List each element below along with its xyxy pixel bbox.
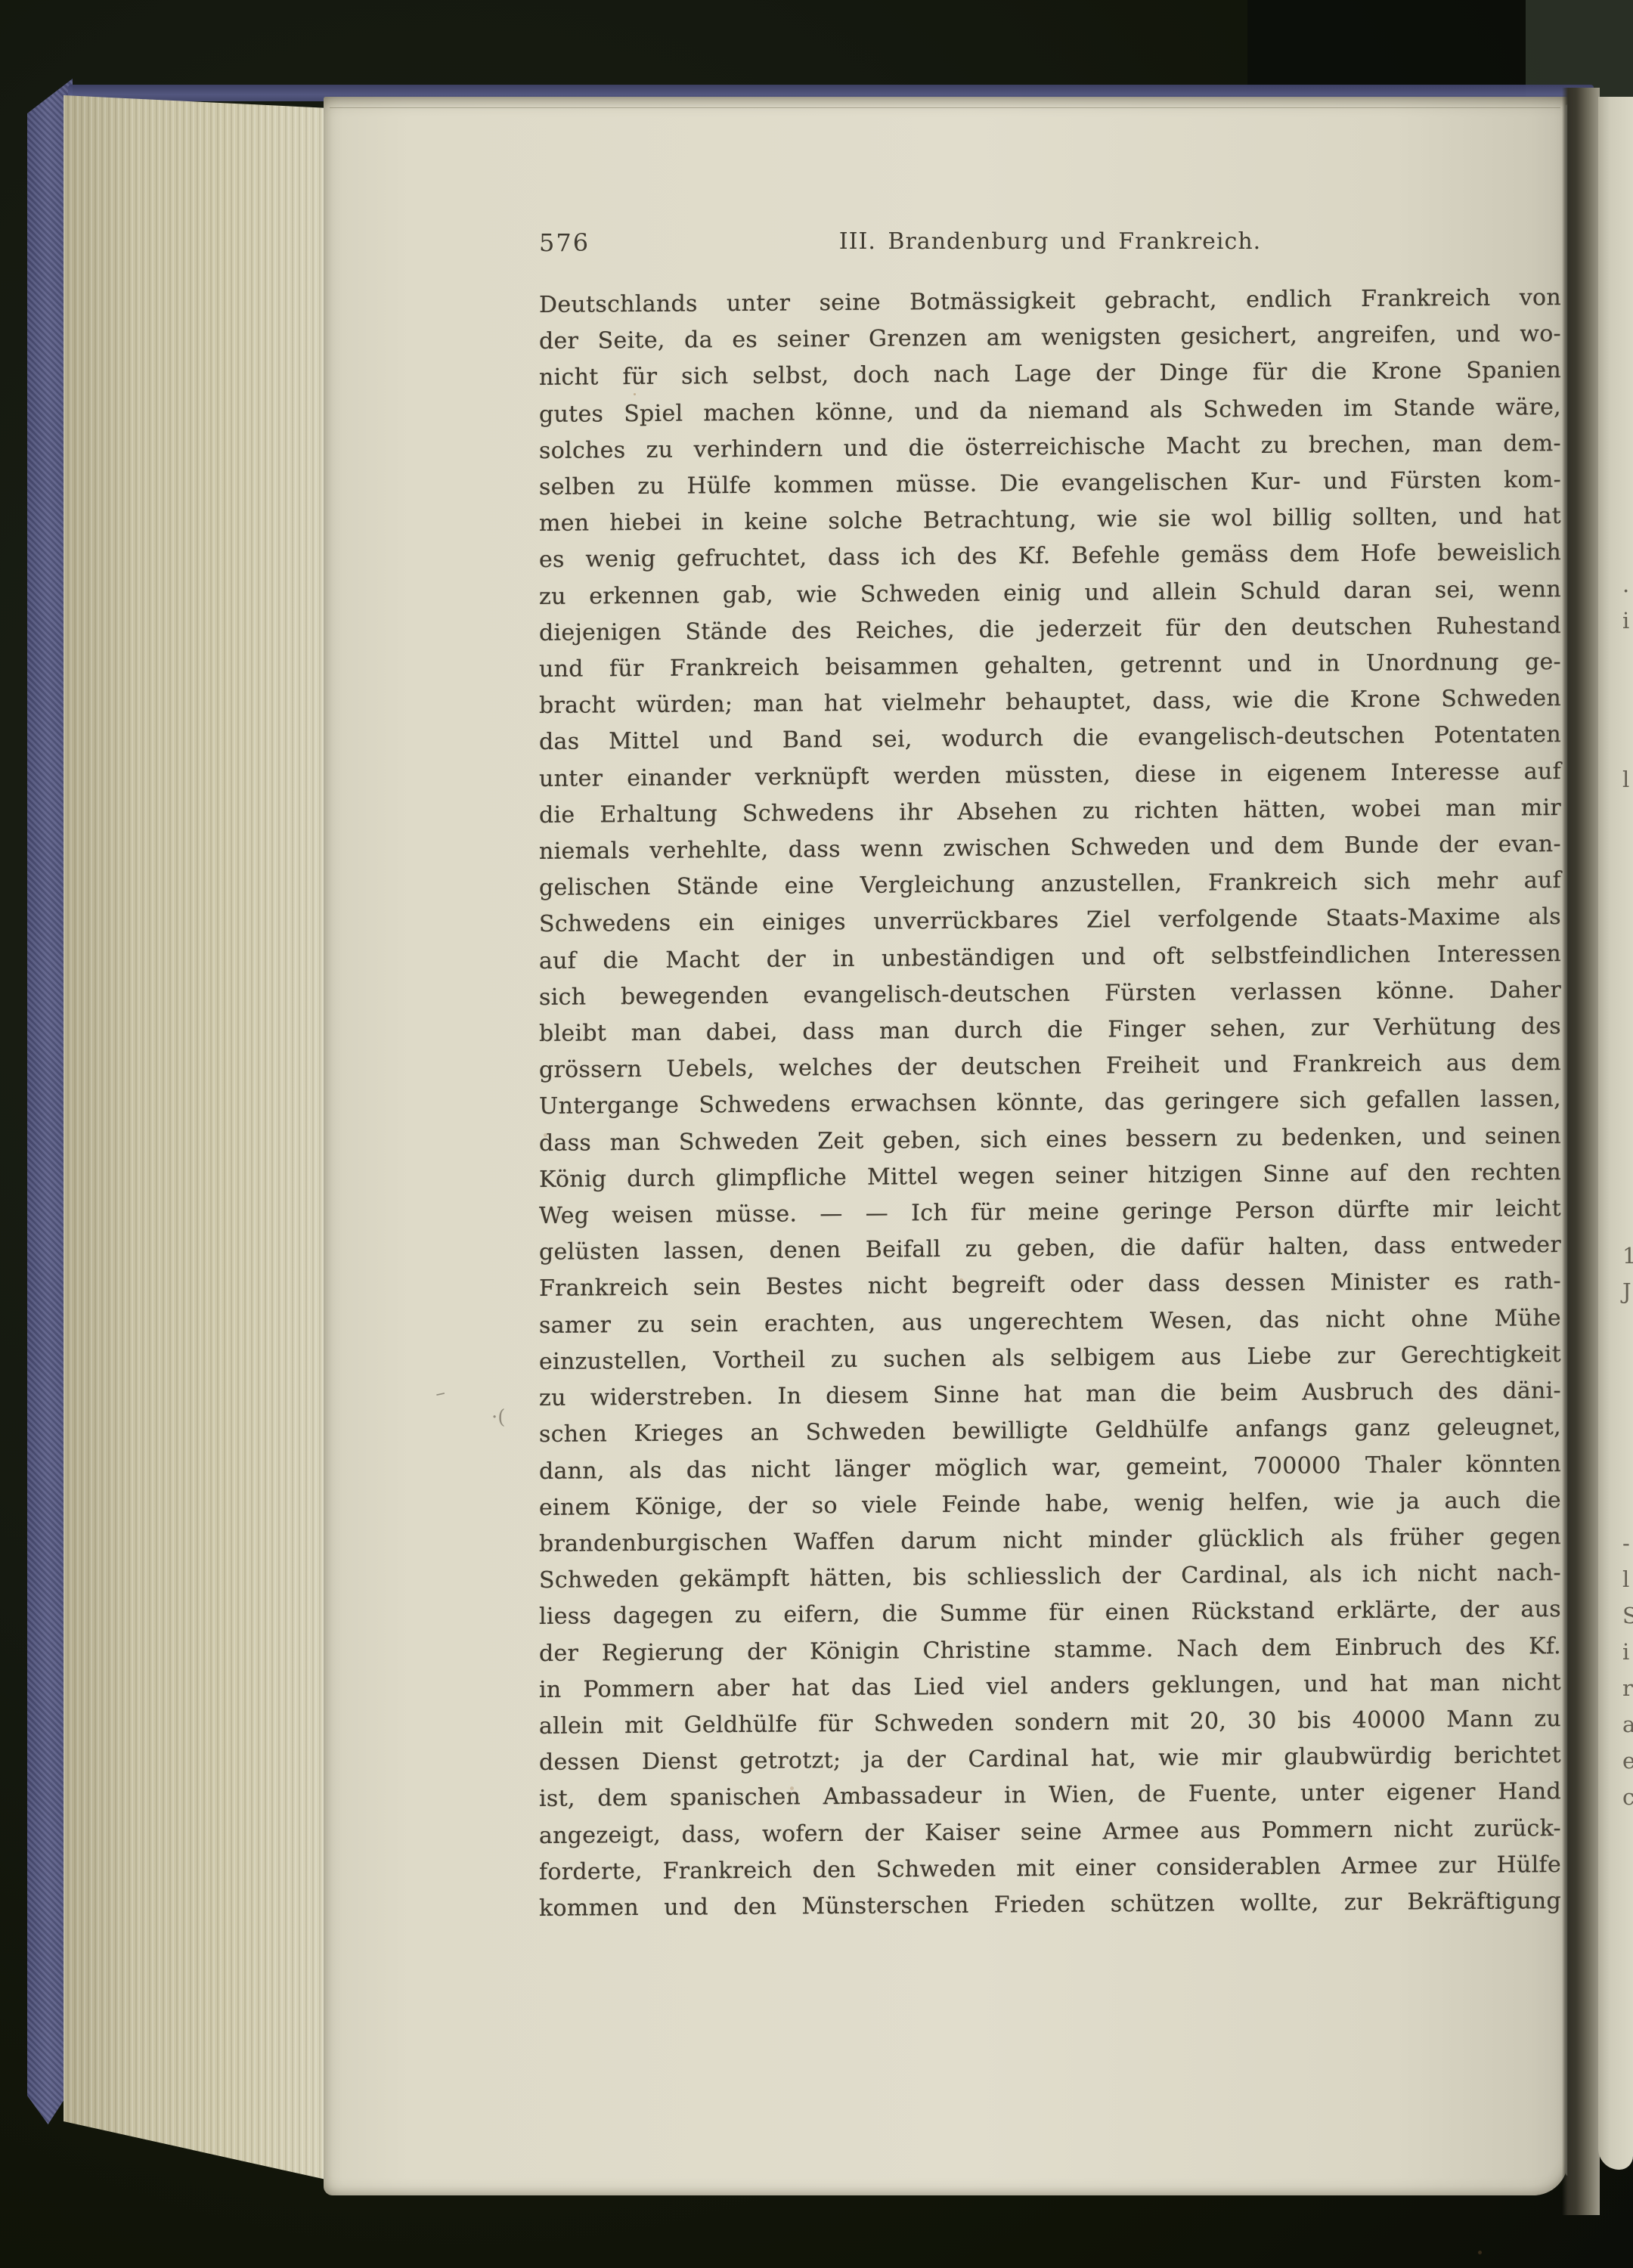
- page-body-text: Deutschlands unter seine Botmässigkeit g…: [539, 280, 1561, 1927]
- book-page: 576 III. Brandenburg und Frankreich. Deu…: [324, 97, 1568, 2195]
- running-title: III. Brandenburg und Frankreich.: [539, 228, 1561, 255]
- cutoff-letter-fragment: 1: [1622, 1243, 1633, 1269]
- page-header: 576 III. Brandenburg und Frankreich.: [539, 228, 1561, 262]
- cutoff-letter-fragment: J: [1622, 1278, 1631, 1304]
- cutoff-letter-fragment: i: [1622, 1639, 1629, 1665]
- margin-pencil-mark: –: [433, 1381, 448, 1405]
- cutoff-letter-fragment: e: [1622, 1748, 1633, 1774]
- backdrop-shadow-strip: [1247, 0, 1526, 95]
- cutoff-letter-fragment: c: [1622, 1784, 1633, 1810]
- cutoff-letter-fragment: l: [1622, 1566, 1629, 1592]
- next-page-sliver: . i l 1 J - l S i r a e c: [1598, 97, 1633, 2170]
- page-number: 576: [539, 228, 590, 257]
- cutoff-letter-fragment: a: [1622, 1712, 1633, 1737]
- cutoff-letter-fragment: S: [1622, 1603, 1633, 1628]
- gutter-shadow: [1562, 88, 1600, 2215]
- paper-specks: [634, 393, 636, 395]
- photo-backdrop: 576 III. Brandenburg und Frankreich. Deu…: [0, 0, 1633, 2268]
- underlying-page-edge-line: [330, 107, 1560, 108]
- cutoff-letter-fragment: r: [1622, 1675, 1633, 1701]
- cutoff-letter-fragment: l: [1622, 767, 1629, 792]
- cutoff-letter-fragment: .: [1622, 572, 1629, 597]
- text-line: kommen und den Münsterschen Frieden schü…: [539, 1883, 1561, 1927]
- page-stack-fore-edge: [64, 89, 345, 2192]
- margin-pencil-mark: ·(: [491, 1406, 505, 1429]
- cutoff-letter-fragment: i: [1622, 608, 1629, 634]
- cutoff-letter-fragment: -: [1622, 1530, 1630, 1556]
